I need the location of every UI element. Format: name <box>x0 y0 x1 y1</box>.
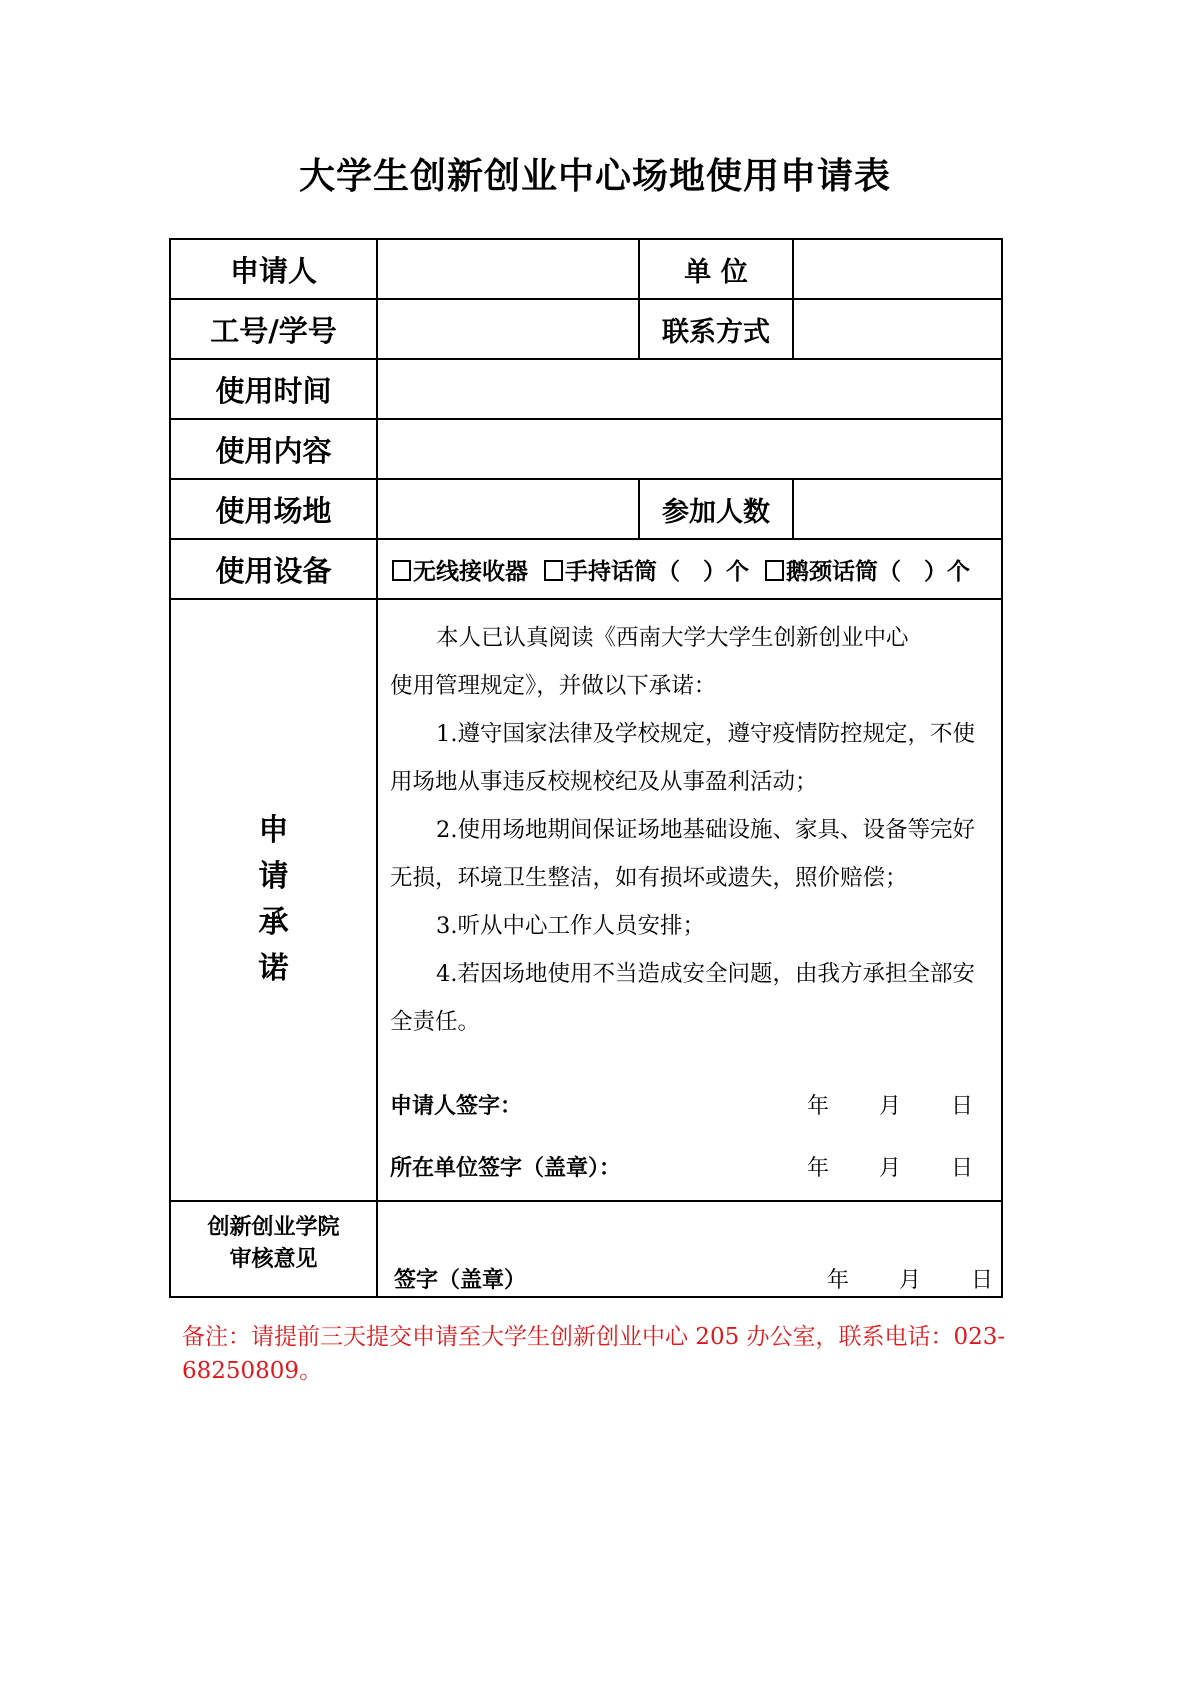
day-label: 日 <box>951 1083 991 1131</box>
contact-label: 联系方式 <box>639 299 793 359</box>
year-label: 年 <box>807 1083 879 1131</box>
month-label: 月 <box>879 1083 951 1131</box>
day-label: 日 <box>951 1145 991 1193</box>
participants-field[interactable] <box>793 479 1002 539</box>
id-number-field[interactable] <box>377 299 639 359</box>
review-label: 创新创业学院 审核意见 <box>170 1201 377 1297</box>
wireless-receiver-label: 无线接收器 <box>413 559 528 585</box>
usage-time-field[interactable] <box>377 359 1002 419</box>
applicant-signature-row[interactable]: 申请人签字： 年 月 日 <box>390 1076 991 1138</box>
pledge-intro-line2: 使用管理规定》，并做以下承诺： <box>390 662 991 710</box>
review-label-line2: 审核意见 <box>171 1244 376 1286</box>
gooseneck-mic-checkbox[interactable] <box>765 560 784 581</box>
pledge-label-char: 诺 <box>171 946 376 992</box>
page-title: 大学生创新创业中心场地使用申请表 <box>0 148 1190 199</box>
usage-time-label: 使用时间 <box>170 359 377 419</box>
pledge-content: 本人已认真阅读《西南大学大学生创新创业中心 使用管理规定》，并做以下承诺： 1.… <box>377 599 1002 1201</box>
footnote-remark: 备注：请提前三天提交申请至大学生创新创业中心 205 办公室，联系电话：023-… <box>182 1320 1012 1388</box>
applicant-signature-label: 申请人签字： <box>390 1083 807 1131</box>
unit-signature-label: 所在单位签字（盖章）： <box>390 1145 807 1193</box>
unit-label: 单 位 <box>639 239 793 299</box>
pledge-intro-line1: 本人已认真阅读《西南大学大学生创新创业中心 <box>390 614 991 662</box>
contact-field[interactable] <box>793 299 1002 359</box>
participants-label: 参加人数 <box>639 479 793 539</box>
usage-content-field[interactable] <box>377 419 1002 479</box>
application-form-table: 申请人 单 位 工号/学号 联系方式 使用时间 使用内容 使用场地 参加人数 使… <box>169 238 1003 1298</box>
id-number-label: 工号/学号 <box>170 299 377 359</box>
year-label: 年 <box>827 1263 899 1294</box>
applicant-label: 申请人 <box>170 239 377 299</box>
venue-field[interactable] <box>377 479 639 539</box>
handheld-mic-label: 手持话筒（ ）个 <box>565 559 749 585</box>
pledge-item-1: 1.遵守国家法律及学校规定，遵守疫情防控规定，不使用场地从事违反校规校纪及从事盈… <box>390 710 991 806</box>
unit-signature-row[interactable]: 所在单位签字（盖章）： 年 月 日 <box>390 1138 991 1200</box>
month-label: 月 <box>879 1145 951 1193</box>
pledge-label-char: 承 <box>171 900 376 946</box>
unit-field[interactable] <box>793 239 1002 299</box>
review-signature-label: 签字（盖章） <box>394 1263 827 1294</box>
pledge-label-char: 请 <box>171 854 376 900</box>
venue-label: 使用场地 <box>170 479 377 539</box>
equipment-options: 无线接收器 手持话筒（ ）个 鹅颈话筒（ ）个 <box>377 539 1002 599</box>
review-label-line1: 创新创业学院 <box>171 1212 376 1244</box>
pledge-label: 申 请 承 诺 <box>170 599 377 1201</box>
review-opinion-field[interactable]: 签字（盖章） 年 月 日 <box>377 1201 1002 1297</box>
day-label: 日 <box>971 1263 1001 1294</box>
year-label: 年 <box>807 1145 879 1193</box>
pledge-item-3: 3.听从中心工作人员安排； <box>390 902 991 950</box>
pledge-item-2: 2.使用场地期间保证场地基础设施、家具、设备等完好无损，环境卫生整洁，如有损坏或… <box>390 806 991 902</box>
equipment-label: 使用设备 <box>170 539 377 599</box>
applicant-field[interactable] <box>377 239 639 299</box>
pledge-label-char: 申 <box>171 808 376 854</box>
gooseneck-mic-label: 鹅颈话筒（ ）个 <box>786 559 970 585</box>
month-label: 月 <box>899 1263 971 1294</box>
pledge-item-4: 4.若因场地使用不当造成安全问题，由我方承担全部安全责任。 <box>390 950 991 1046</box>
review-signature-row: 签字（盖章） 年 月 日 <box>394 1263 1001 1294</box>
usage-content-label: 使用内容 <box>170 419 377 479</box>
handheld-mic-checkbox[interactable] <box>544 560 563 581</box>
wireless-receiver-checkbox[interactable] <box>392 560 411 581</box>
